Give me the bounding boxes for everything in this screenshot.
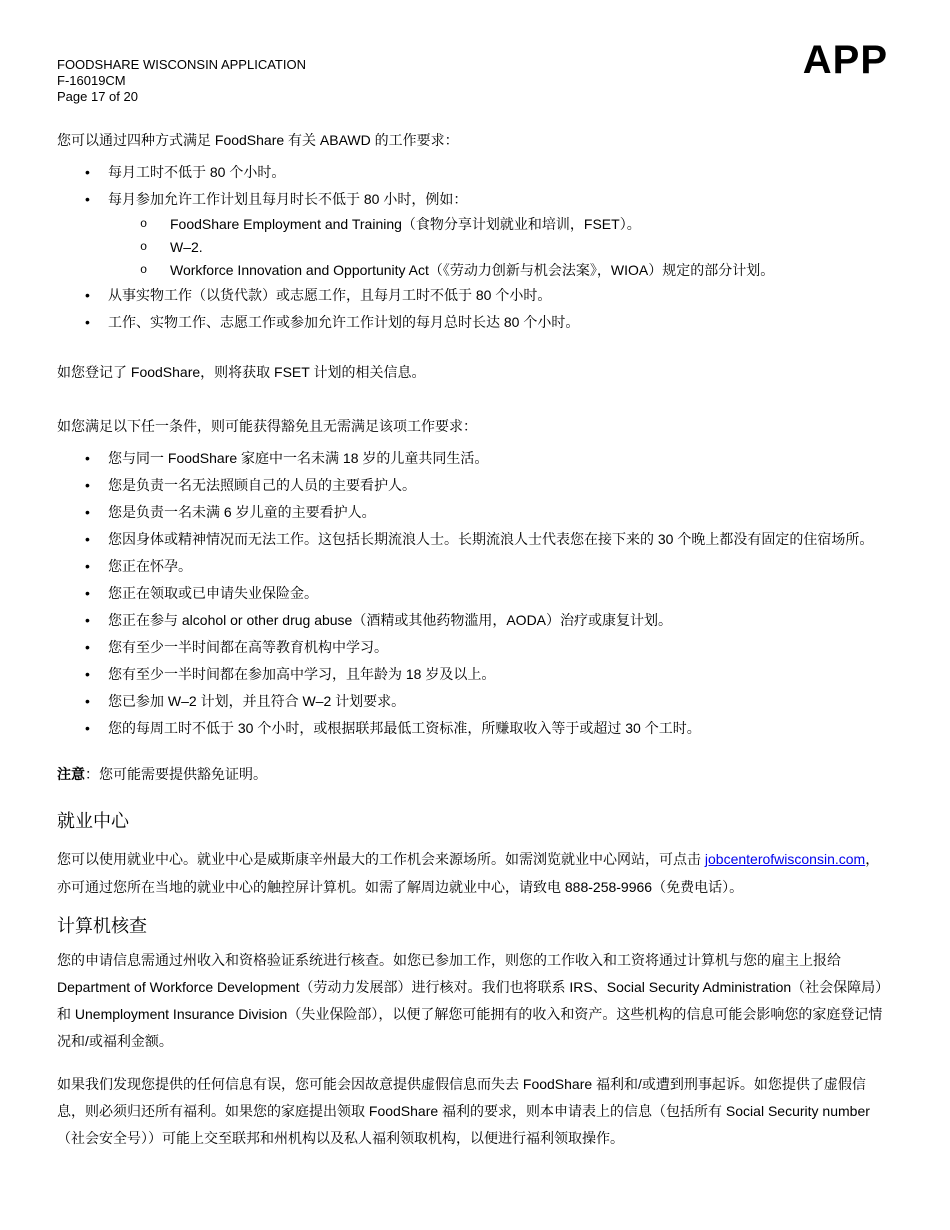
list-item-text: 您正在怀孕。: [108, 553, 890, 580]
bullet-icon: •: [85, 661, 108, 688]
list-item-text: 每月参加允许工作计划且每月时长不低于 80 小时，例如：: [108, 186, 890, 213]
bullet-icon: •: [85, 526, 108, 553]
list-item-text: 您有至少一半时间都在高等教育机构中学习。: [108, 634, 890, 661]
bullet-icon: •: [85, 580, 108, 607]
page-number: Page 17 of 20: [57, 89, 306, 105]
bullet-icon: •: [85, 607, 108, 634]
work-requirements-list: • 每月工时不低于 80 个小时。 • 每月参加允许工作计划且每月时长不低于 8…: [57, 159, 890, 336]
list-item-text: 您已参加 W–2 计划，并且符合 W–2 计划要求。: [108, 688, 890, 715]
list-item-text: 您有至少一半时间都在参加高中学习，且年龄为 18 岁及以上。: [108, 661, 890, 688]
bullet-icon: •: [85, 472, 108, 499]
list-item-text: 您的每周工时不低于 30 个小时，或根据联邦最低工资标准，所赚取收入等于或超过 …: [108, 715, 890, 742]
list-item: • 您是负责一名未满 6 岁儿童的主要看护人。: [57, 499, 890, 526]
list-item-text: 每月工时不低于 80 个小时。: [108, 159, 890, 186]
bullet-icon: •: [85, 715, 108, 742]
document-page: FOODSHARE WISCONSIN APPLICATION F-16019C…: [0, 0, 950, 1230]
list-item: • 您正在领取或已申请失业保险金。: [57, 580, 890, 607]
bullet-icon: •: [85, 282, 108, 309]
list-item-text: FoodShare Employment and Training（食物分享计划…: [170, 213, 890, 236]
list-item: • 您正在怀孕。: [57, 553, 890, 580]
list-item: • 您是负责一名无法照顾自己的人员的主要看护人。: [57, 472, 890, 499]
bullet-icon: •: [85, 159, 108, 186]
paragraph-note: 注意：您可能需要提供豁免证明。: [57, 761, 890, 788]
list-item-text: 从事实物工作（以货代款）或志愿工作，且每月工时不低于 80 个小时。: [108, 282, 890, 309]
bullet-icon: •: [85, 688, 108, 715]
list-item-text: 您正在领取或已申请失业保险金。: [108, 580, 890, 607]
list-item: • 您已参加 W–2 计划，并且符合 W–2 计划要求。: [57, 688, 890, 715]
list-item: o Workforce Innovation and Opportunity A…: [57, 259, 890, 282]
job-center-link[interactable]: jobcenterofwisconsin.com: [705, 851, 865, 867]
list-item-text: 您因身体或精神情况而无法工作。这包括长期流浪人士。长期流浪人士代表您在接下来的 …: [108, 526, 890, 553]
list-item: • 您有至少一半时间都在高等教育机构中学习。: [57, 634, 890, 661]
list-item-text: 您是负责一名无法照顾自己的人员的主要看护人。: [108, 472, 890, 499]
section-heading-computer-check: 计算机核查: [57, 914, 890, 938]
list-item: • 每月参加允许工作计划且每月时长不低于 80 小时，例如：: [57, 186, 890, 213]
bullet-icon: •: [85, 309, 108, 336]
list-item: • 每月工时不低于 80 个小时。: [57, 159, 890, 186]
app-logo: APP: [803, 40, 888, 80]
circle-bullet-icon: o: [140, 259, 170, 282]
paragraph-computer-check-2: 如果我们发现您提供的任何信息有误，您可能会因故意提供虚假信息而失去 FoodSh…: [57, 1071, 890, 1152]
section-heading-job-center: 就业中心: [57, 809, 890, 833]
paragraph-job-center: 您可以使用就业中心。就业中心是威斯康辛州最大的工作机会来源场所。如需浏览就业中心…: [57, 845, 890, 901]
list-item: • 您因身体或精神情况而无法工作。这包括长期流浪人士。长期流浪人士代表您在接下来…: [57, 526, 890, 553]
paragraph-exemptions-intro: 如您满足以下任一条件，则可能获得豁免且无需满足该项工作要求：: [57, 413, 890, 440]
circle-bullet-icon: o: [140, 236, 170, 259]
paragraph-work-requirements-intro: 您可以通过四种方式满足 FoodShare 有关 ABAWD 的工作要求：: [57, 127, 890, 154]
list-item-text: 您正在参与 alcohol or other drug abuse（酒精或其他药…: [108, 607, 890, 634]
list-item-text: W–2.: [170, 236, 890, 259]
bullet-icon: •: [85, 499, 108, 526]
note-label: 注意: [57, 766, 85, 782]
list-item-text: 您与同一 FoodShare 家庭中一名未满 18 岁的儿童共同生活。: [108, 445, 890, 472]
bullet-icon: •: [85, 445, 108, 472]
header-info-block: FOODSHARE WISCONSIN APPLICATION F-16019C…: [57, 57, 306, 105]
document-title: FOODSHARE WISCONSIN APPLICATION: [57, 57, 306, 73]
list-item: o FoodShare Employment and Training（食物分享…: [57, 213, 890, 236]
list-item: • 您正在参与 alcohol or other drug abuse（酒精或其…: [57, 607, 890, 634]
paragraph-computer-check-1: 您的申请信息需通过州收入和资格验证系统进行核查。如您已参加工作，则您的工作收入和…: [57, 947, 890, 1055]
paragraph-fset-note: 如您登记了 FoodShare，则将获取 FSET 计划的相关信息。: [57, 359, 890, 386]
note-text: ：您可能需要提供豁免证明。: [85, 766, 267, 782]
circle-bullet-icon: o: [140, 213, 170, 236]
list-item: • 从事实物工作（以货代款）或志愿工作，且每月工时不低于 80 个小时。: [57, 282, 890, 309]
list-item-text: 工作、实物工作、志愿工作或参加允许工作计划的每月总时长达 80 个小时。: [108, 309, 890, 336]
list-item-text: 您是负责一名未满 6 岁儿童的主要看护人。: [108, 499, 890, 526]
list-item-text: Workforce Innovation and Opportunity Act…: [170, 259, 890, 282]
list-item: • 您与同一 FoodShare 家庭中一名未满 18 岁的儿童共同生活。: [57, 445, 890, 472]
bullet-icon: •: [85, 553, 108, 580]
list-item: • 工作、实物工作、志愿工作或参加允许工作计划的每月总时长达 80 个小时。: [57, 309, 890, 336]
bullet-icon: •: [85, 634, 108, 661]
bullet-icon: •: [85, 186, 108, 213]
list-item: • 您的每周工时不低于 30 个小时，或根据联邦最低工资标准，所赚取收入等于或超…: [57, 715, 890, 742]
page-header: FOODSHARE WISCONSIN APPLICATION F-16019C…: [57, 40, 890, 105]
list-item: o W–2.: [57, 236, 890, 259]
form-number: F-16019CM: [57, 73, 306, 89]
exemptions-list: • 您与同一 FoodShare 家庭中一名未满 18 岁的儿童共同生活。 • …: [57, 445, 890, 742]
list-item: • 您有至少一半时间都在参加高中学习，且年龄为 18 岁及以上。: [57, 661, 890, 688]
job-center-text-before: 您可以使用就业中心。就业中心是威斯康辛州最大的工作机会来源场所。如需浏览就业中心…: [57, 851, 705, 867]
